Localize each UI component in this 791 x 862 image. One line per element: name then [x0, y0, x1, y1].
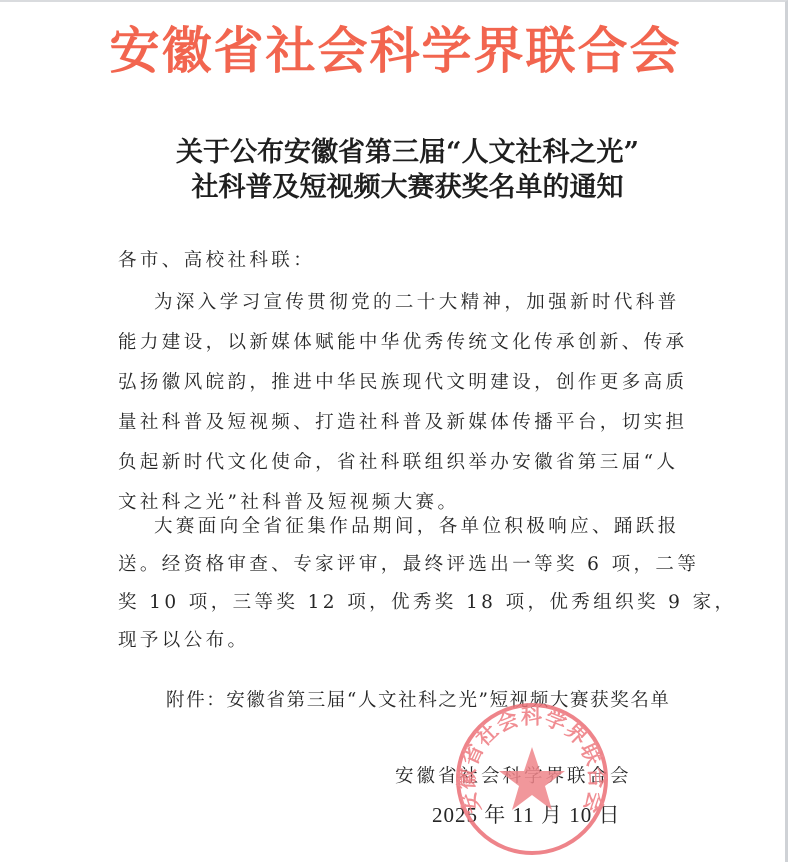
paragraph-2-line: 送。经资格审查、专家评审，最终评选出一等奖 6 项，二等: [118, 550, 699, 576]
letterhead-organization: 安徽省社会科学界联合会: [0, 16, 791, 86]
salutation: 各市、高校社科联：: [118, 246, 315, 272]
paragraph-1-line: 能力建设，以新媒体赋能中华优秀传统文化传承创新、传承: [118, 328, 687, 354]
star-icon: [499, 747, 565, 810]
paragraph-2-line: 现予以公布。: [118, 626, 249, 652]
paragraph-1-line: 为深入学习宣传贯彻党的二十大精神，加强新时代科普: [118, 288, 680, 314]
paragraph-2-line: 奖 10 项，三等奖 12 项，优秀奖 18 项，优秀组织奖 9 家，: [118, 588, 736, 614]
official-seal: 安徽省社会科学界联合会: [452, 699, 612, 859]
document-title-line-2: 社科普及短视频大赛获奖名单的通知: [12, 170, 791, 206]
paragraph-1-line: 负起新时代文化使命，省社科联组织举办安徽省第三届“人: [118, 448, 678, 474]
document-title-line-1: 关于公布安徽省第三届“人文社科之光”: [12, 135, 791, 171]
paragraph-1-line: 弘扬徽风皖韵，推进中华民族现代文明建设，创作更多高质: [118, 368, 687, 394]
paragraph-2-line: 大赛面向全省征集作品期间，各单位积极响应、踊跃报: [118, 512, 680, 538]
seal-stamp-icon: 安徽省社会科学界联合会: [452, 699, 612, 859]
paragraph-1-line: 文社科之光”社科普及短视频大赛。: [118, 488, 459, 514]
paragraph-1-line: 量社科普及短视频、打造社科普及新媒体传播平台，切实担: [118, 408, 687, 434]
document-page: 安徽省社会科学界联合会 关于公布安徽省第三届“人文社科之光” 社科普及短视频大赛…: [0, 0, 788, 862]
